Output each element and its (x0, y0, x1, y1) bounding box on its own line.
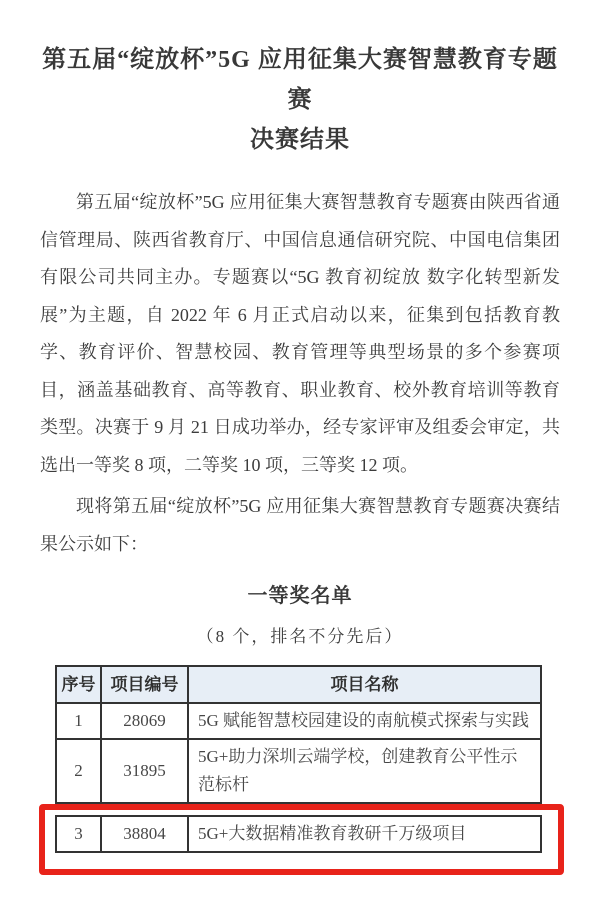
cell-project-name: 5G+大数据精准教育教研千万级项目 (187, 817, 540, 851)
cell-project-name: 5G 赋能智慧校园建设的南航模式探索与实践 (187, 704, 540, 738)
header-cell-code: 项目编号 (100, 667, 187, 702)
cell-serial: 2 (57, 740, 100, 802)
section-note: （8 个，排名不分先后） (40, 622, 560, 647)
awards-table: 序号 项目编号 项目名称 1 28069 5G 赋能智慧校园建设的南航模式探索与… (55, 665, 542, 853)
page-title: 第五届“绽放杯”5G 应用征集大赛智慧教育专题赛 决赛结果 (40, 40, 560, 160)
table-row: 1 28069 5G 赋能智慧校园建设的南航模式探索与实践 (57, 702, 540, 738)
page-title-line1: 第五届“绽放杯”5G 应用征集大赛智慧教育专题赛 (40, 40, 560, 120)
cell-code: 28069 (100, 704, 187, 738)
cell-code: 38804 (100, 817, 187, 851)
paragraph-intro: 第五届“绽放杯”5G 应用征集大赛智慧教育专题赛由陕西省通信管理局、陕西省教育厅… (40, 184, 560, 484)
table-row: 2 31895 5G+助力深圳云端学校，创建教育公平性示范标杆 (57, 738, 540, 802)
cell-project-name: 5G+助力深圳云端学校，创建教育公平性示范标杆 (187, 740, 540, 802)
awards-table-main-block: 序号 项目编号 项目名称 1 28069 5G 赋能智慧校园建设的南航模式探索与… (55, 665, 542, 804)
section-heading-first-prize: 一等奖名单 (40, 579, 560, 608)
document-page: 第五届“绽放杯”5G 应用征集大赛智慧教育专题赛 决赛结果 第五届“绽放杯”5G… (0, 0, 600, 901)
awards-table-row3-block: 3 38804 5G+大数据精准教育教研千万级项目 (55, 815, 542, 853)
highlighted-row-wrap: 3 38804 5G+大数据精准教育教研千万级项目 (55, 815, 542, 853)
cell-serial: 1 (57, 704, 100, 738)
header-cell-name: 项目名称 (187, 667, 540, 702)
cell-serial: 3 (57, 817, 100, 851)
table-row: 3 38804 5G+大数据精准教育教研千万级项目 (57, 817, 540, 851)
header-cell-serial: 序号 (57, 667, 100, 702)
paragraph-announcement: 现将第五届“绽放杯”5G 应用征集大赛智慧教育专题赛决赛结果公示如下： (40, 488, 560, 563)
page-title-line2: 决赛结果 (40, 120, 560, 160)
cell-code: 31895 (100, 740, 187, 802)
table-header-row: 序号 项目编号 项目名称 (57, 667, 540, 702)
